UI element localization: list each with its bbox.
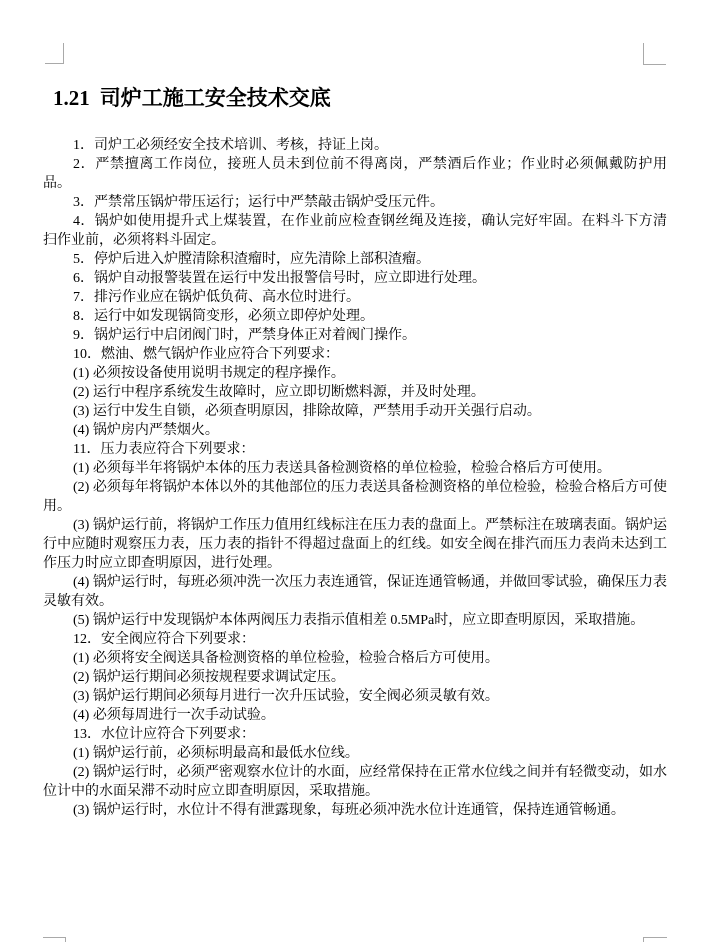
sub-list-item: (3) 运行中发生自锁，必须查明原因，排除故障，严禁用手动开关强行启动。 [43, 402, 667, 421]
sub-list-item: (2) 锅炉运行时，必须严密观察水位计的水面，应经常保持在正常水位线之间并有轻微… [43, 763, 667, 801]
sub-list-item: (4) 锅炉运行时，每班必须冲洗一次压力表连通管，保证连通管畅通，并做回零试验，… [43, 573, 667, 611]
sub-list-item: (1) 必须将安全阀送具备检测资格的单位检验，检验合格后方可使用。 [43, 649, 667, 668]
sub-list-item: (3) 锅炉运行前，将锅炉工作压力值用红线标注在压力表的盘面上。严禁标注在玻璃表… [43, 516, 667, 573]
heading-text: 司炉工施工安全技术交底 [100, 86, 331, 110]
list-item: 4．锅炉如使用提升式上煤装置，在作业前应检查钢丝绳及连接，确认完好牢固。在料斗下… [43, 212, 667, 250]
sub-list-item: (1) 锅炉运行前，必须标明最高和最低水位线。 [43, 744, 667, 763]
document-page: 1.21司炉工施工安全技术交底 1．司炉工必须经安全技术培训、考核，持证上岗。 … [0, 0, 710, 942]
list-item: 5．停炉后进入炉膛清除积渣瘤时，应先清除上部积渣瘤。 [43, 250, 667, 269]
sub-list-item: (2) 锅炉运行期间必须按规程要求调试定压。 [43, 668, 667, 687]
list-item: 3．严禁常压锅炉带压运行；运行中严禁敲击锅炉受压元件。 [43, 193, 667, 212]
sub-list-item: (3) 锅炉运行时，水位计不得有泄露现象，每班必须冲洗水位计连通管，保持连通管畅… [43, 801, 667, 820]
list-item: 9．锅炉运行中启闭阀门时，严禁身体正对着阀门操作。 [43, 326, 667, 345]
list-item: 11．压力表应符合下列要求： [43, 440, 667, 459]
sub-list-item: (1) 必须按设备使用说明书规定的程序操作。 [43, 364, 667, 383]
crop-mark-bottom-right [643, 937, 667, 942]
text-area: 1.21司炉工施工安全技术交底 1．司炉工必须经安全技术培训、考核，持证上岗。 … [43, 86, 667, 820]
page-title: 1.21司炉工施工安全技术交底 [53, 86, 667, 110]
list-item: 13．水位计应符合下列要求： [43, 725, 667, 744]
list-item: 7．排污作业应在锅炉低负荷、高水位时进行。 [43, 288, 667, 307]
list-item: 8．运行中如发现锅筒变形，必须立即停炉处理。 [43, 307, 667, 326]
sub-list-item: (1) 必须每半年将锅炉本体的压力表送具备检测资格的单位检验，检验合格后方可使用… [43, 459, 667, 478]
sub-list-item: (2) 必须每年将锅炉本体以外的其他部位的压力表送具备检测资格的单位检验，检验合… [43, 478, 667, 516]
crop-mark-bottom-left [43, 937, 66, 942]
sub-list-item: (4) 必须每周进行一次手动试验。 [43, 706, 667, 725]
list-item: 2．严禁擅离工作岗位，接班人员未到位前不得离岗，严禁酒后作业；作业时必须佩戴防护… [43, 155, 667, 193]
sub-list-item: (3) 锅炉运行期间必须每月进行一次升压试验，安全阀必须灵敏有效。 [43, 687, 667, 706]
document-body: 1．司炉工必须经安全技术培训、考核，持证上岗。 2．严禁擅离工作岗位，接班人员未… [43, 136, 667, 820]
crop-mark-top-right [643, 43, 666, 65]
sub-list-item: (2) 运行中程序系统发生故障时，应立即切断燃料源，并及时处理。 [43, 383, 667, 402]
list-item: 6．锅炉自动报警装置在运行中发出报警信号时，应立即进行处理。 [43, 269, 667, 288]
sub-list-item: (4) 锅炉房内严禁烟火。 [43, 421, 667, 440]
sub-list-item: (5) 锅炉运行中发现锅炉本体两阀压力表指示值相差 0.5MPa时，应立即查明原… [43, 611, 667, 630]
heading-number: 1.21 [53, 86, 90, 110]
list-item: 10．燃油、燃气锅炉作业应符合下列要求： [43, 345, 667, 364]
list-item: 1．司炉工必须经安全技术培训、考核，持证上岗。 [43, 136, 667, 155]
crop-mark-top-left [45, 43, 64, 64]
list-item: 12．安全阀应符合下列要求： [43, 630, 667, 649]
